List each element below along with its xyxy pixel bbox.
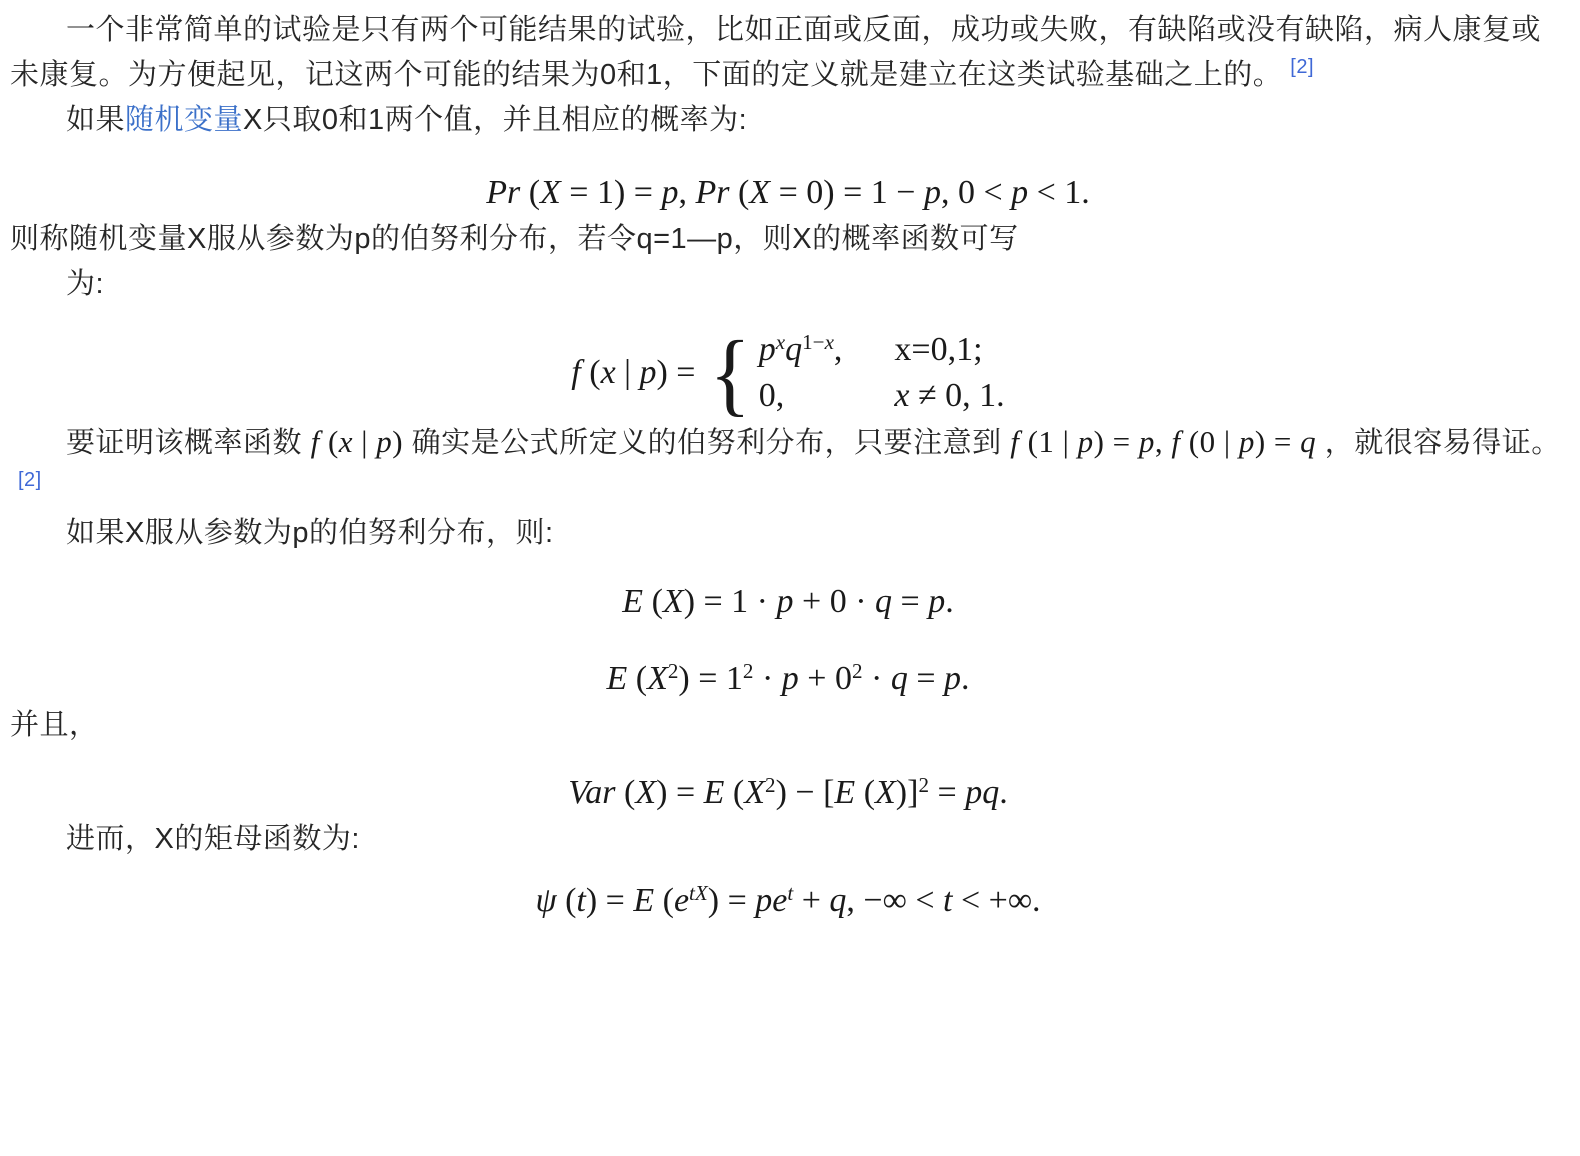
formula-variance: Var (X) = E (X2) − [E (X)]2 = pq. bbox=[10, 769, 1566, 817]
link-random-variable[interactable]: 随机变量 bbox=[125, 104, 243, 136]
citation-ref-2[interactable]: [2] bbox=[1290, 56, 1314, 78]
paragraph-mgf-intro: 进而，X的矩母函数为: bbox=[10, 817, 1566, 862]
inline-math-fxp: f (x | p) bbox=[311, 424, 404, 459]
paragraph-condition: 如果随机变量X只取0和1两个值，并且相应的概率为: bbox=[10, 98, 1566, 143]
paragraph-proof-c: ，就很容易得证。 bbox=[1316, 427, 1561, 459]
left-brace: { bbox=[709, 327, 750, 420]
paragraph-bingqie: 并且， bbox=[10, 703, 1566, 748]
paragraph-proof-a: 要证明该概率函数 bbox=[66, 427, 311, 459]
paragraph-condition-pre: 如果 bbox=[66, 104, 125, 136]
paragraph-proof: 要证明该概率函数 f (x | p) 确实是公式所定义的伯努利分布，只要注意到 … bbox=[10, 419, 1566, 511]
piecewise-cases: pxq1−x, x=0,1; 0, x ≠ 0, 1. bbox=[759, 327, 1005, 419]
paragraph-proof-b: 确实是公式所定义的伯努利分布，只要注意到 bbox=[403, 427, 1010, 459]
article-content: 一个非常简单的试验是只有两个可能结果的试验，比如正面或反面，成功或失败，有缺陷或… bbox=[0, 0, 1580, 925]
formula-probability-definition: Pr (X = 1) = p, Pr (X = 0) = 1 − p, 0 < … bbox=[10, 169, 1566, 217]
paragraph-intro-text: 一个非常简单的试验是只有两个可能结果的试验，比如正面或反面，成功或失败，有缺陷或… bbox=[10, 14, 1541, 91]
case-value-1: pxq1−x, bbox=[759, 327, 843, 373]
inline-math-f1p-f0p: f (1 | p) = p, f (0 | p) = q bbox=[1010, 424, 1316, 459]
case-value-2: 0, bbox=[759, 373, 843, 419]
formula-piecewise-pmf: f (x | p) = { pxq1−x, x=0,1; 0, x ≠ 0, 1… bbox=[10, 327, 1566, 419]
paragraph-intro: 一个非常简单的试验是只有两个可能结果的试验，比如正面或反面，成功或失败，有缺陷或… bbox=[10, 8, 1566, 98]
citation-ref-2b[interactable]: [2] bbox=[18, 469, 42, 491]
case-condition-1: x=0,1; bbox=[894, 327, 1004, 373]
paragraph-distribution-name: 则称随机变量X服从参数为p的伯努利分布，若令q=1—p，则X的概率函数可写 bbox=[10, 217, 1566, 262]
piecewise-expression: f (x | p) = { pxq1−x, x=0,1; 0, x ≠ 0, 1… bbox=[571, 327, 1004, 419]
case-condition-2: x ≠ 0, 1. bbox=[894, 373, 1004, 419]
paragraph-wei: 为: bbox=[10, 262, 1566, 307]
formula-expectation: E (X) = 1 · p + 0 · q = p. bbox=[10, 578, 1566, 626]
formula-mgf: ψ (t) = E (etX) = pet + q, −∞ < t < +∞. bbox=[10, 877, 1566, 925]
paragraph-condition-post: X只取0和1两个值，并且相应的概率为: bbox=[243, 104, 747, 136]
formula-second-moment: E (X2) = 12 · p + 02 · q = p. bbox=[10, 655, 1566, 703]
paragraph-if-bernoulli: 如果X服从参数为p的伯努利分布，则: bbox=[10, 511, 1566, 556]
piecewise-lhs: f (x | p) = bbox=[571, 349, 695, 397]
